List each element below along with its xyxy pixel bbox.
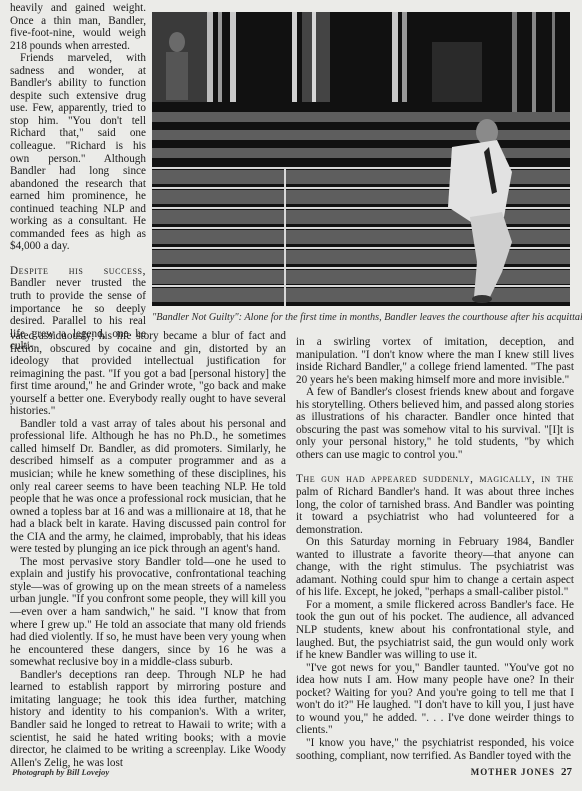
caption-text: Alone for the first time in months, Band… (242, 312, 582, 323)
paragraph: Bandler told a vast array of tales about… (10, 418, 286, 556)
paragraph: "I know you have," the psychiatrist resp… (296, 737, 574, 762)
paragraph: For a moment, a smile flickered across B… (296, 599, 574, 662)
paragraph: On this Saturday morning in February 198… (296, 536, 574, 599)
paragraph: "I've got news for you," Bandler taunted… (296, 662, 574, 737)
paragraph: vated assiduously; his life story became… (10, 330, 286, 418)
courthouse-photo (152, 12, 570, 306)
paragraph: heavily and gained weight. Once a thin m… (10, 2, 146, 52)
paragraph: in a swirling vortex of imitation, decep… (296, 336, 574, 386)
caption-title: "Bandler Not Guilty": (152, 312, 242, 323)
paragraph: Bandler's deceptions ran deep. Through N… (10, 669, 286, 769)
narrow-text-column: heavily and gained weight. Once a thin m… (10, 2, 146, 353)
photo-image-icon (152, 12, 570, 306)
page-folio: MOTHER JONES27 (471, 766, 572, 778)
right-text-column: in a swirling vortex of imitation, decep… (296, 336, 574, 762)
section-lead-in: The gun had appeared suddenly, magically… (296, 473, 574, 485)
paragraph: The most pervasive story Bandler told—on… (10, 556, 286, 669)
photo-caption: "Bandler Not Guilty": Alone for the firs… (152, 312, 570, 323)
left-text-column: vated assiduously; his life story became… (10, 330, 286, 769)
photo-credit: Photograph by Bill Lovejoy (12, 767, 109, 777)
page-number: 27 (561, 766, 572, 778)
publication-name: MOTHER JONES (471, 767, 555, 777)
section-lead-in: Despite his success, (10, 265, 146, 277)
paragraph: Friends marveled, with sadness and wonde… (10, 52, 146, 253)
paragraph: A few of Bandler's closest friends knew … (296, 386, 574, 461)
section-paragraph: The gun had appeared suddenly, magically… (296, 473, 574, 536)
